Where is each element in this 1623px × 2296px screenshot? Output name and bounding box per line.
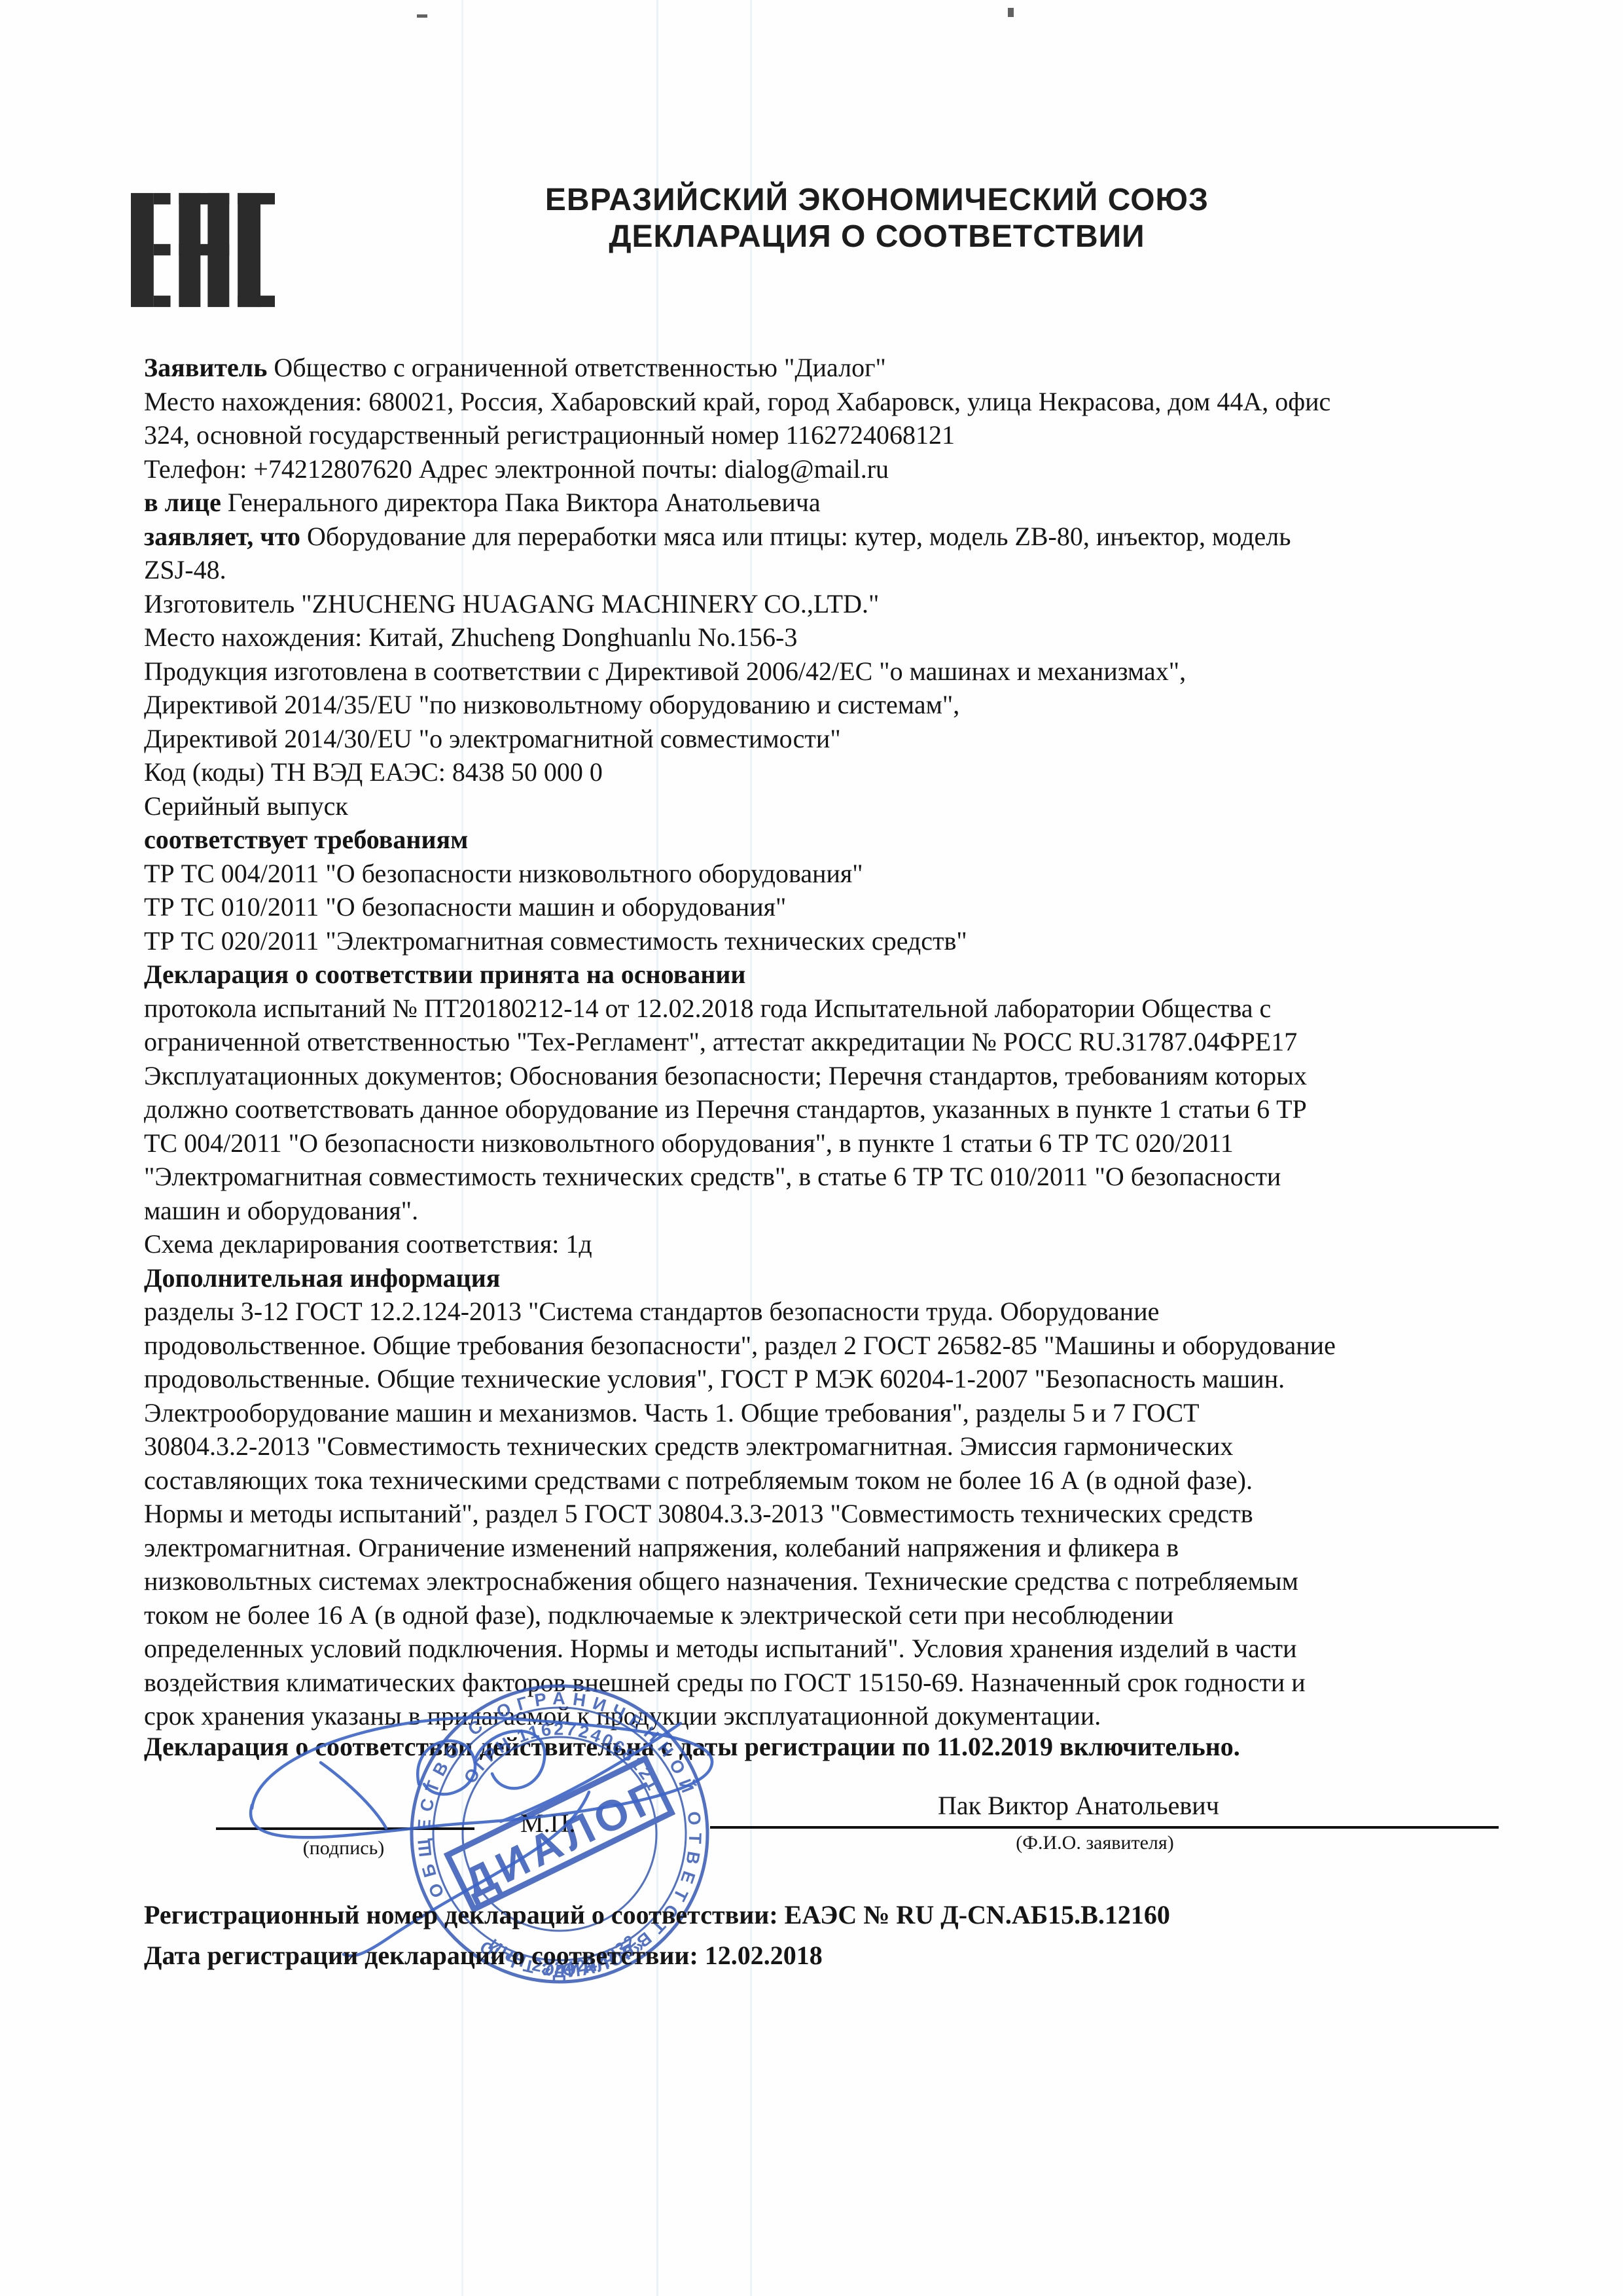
document-text-line: низковольтных системах электроснабжения …	[144, 1564, 1512, 1598]
document-text-line: током не более 16 А (в одной фазе), подк…	[144, 1598, 1512, 1632]
handwritten-signature	[223, 1700, 798, 1975]
declaration-body: Заявитель Общество с ограниченной ответс…	[144, 351, 1512, 1733]
document-text-line: ZSJ-48.	[144, 553, 1512, 587]
document-text-line: Заявитель Общество с ограниченной ответс…	[144, 351, 1512, 385]
document-title: ЕВРАЗИЙСКИЙ ЭКОНОМИЧЕСКИЙ СОЮЗ ДЕКЛАРАЦИ…	[275, 182, 1479, 255]
document-text-line: Место нахождения: Китай, Zhucheng Donghu…	[144, 620, 1512, 655]
document-text-line: протокола испытаний № ПТ20180212-14 от 1…	[144, 992, 1512, 1026]
registration-number-line: Регистрационный номер деклараций о соотв…	[144, 1899, 1170, 1930]
document-text-line: Директивой 2014/30/EU "о электромагнитно…	[144, 722, 1512, 756]
title-line-union: ЕВРАЗИЙСКИЙ ЭКОНОМИЧЕСКИЙ СОЮЗ	[275, 182, 1479, 219]
registration-date-line: Дата регистрации декларации о соответств…	[144, 1940, 823, 1971]
document-text-line: должно соответствовать данное оборудован…	[144, 1092, 1512, 1126]
document-text-line: разделы 3-12 ГОСТ 12.2.124-2013 "Система…	[144, 1295, 1512, 1329]
scan-speck	[1008, 8, 1014, 17]
document-text-line: 324, основной государственный регистраци…	[144, 418, 1512, 452]
document-text-line: продовольственные. Общие технические усл…	[144, 1362, 1512, 1396]
document-text-line: Место нахождения: 680021, Россия, Хабаро…	[144, 385, 1512, 419]
document-text-line: машин и оборудования".	[144, 1194, 1512, 1228]
document-text-line: Дополнительная информация	[144, 1261, 1512, 1295]
eac-letters	[131, 193, 275, 307]
document-page: ЕВРАЗИЙСКИЙ ЭКОНОМИЧЕСКИЙ СОЮЗ ДЕКЛАРАЦИ…	[0, 0, 1623, 2296]
document-text-line: Изготовитель "ZHUCHENG HUAGANG MACHINERY…	[144, 587, 1512, 621]
document-text-line: 30804.3.2-2013 "Совместимость технически…	[144, 1429, 1512, 1463]
document-text-line: продовольственное. Общие требования безо…	[144, 1329, 1512, 1363]
scan-speck	[417, 14, 427, 18]
document-text-line: ограниченной ответственностью "Тех-Регла…	[144, 1025, 1512, 1059]
document-text-line: электромагнитная. Ограничение изменений …	[144, 1531, 1512, 1565]
document-text-line: Продукция изготовлена в соответствии с Д…	[144, 655, 1512, 689]
document-text-line: заявляет, что Оборудование для переработ…	[144, 520, 1512, 554]
applicant-name: Пак Виктор Анатольевич	[938, 1790, 1219, 1821]
document-text-line: Директивой 2014/35/EU "по низковольтному…	[144, 688, 1512, 722]
fio-caption: (Ф.И.О. заявителя)	[997, 1832, 1193, 1854]
document-text-line: Код (коды) ТН ВЭД ЕАЭС: 8438 50 000 0	[144, 755, 1512, 789]
document-text-line: "Электромагнитная совместимость техничес…	[144, 1160, 1512, 1194]
document-text-line: ТР ТС 010/2011 "О безопасности машин и о…	[144, 890, 1512, 924]
document-text-line: определенных условий подключения. Нормы …	[144, 1632, 1512, 1666]
eac-logo	[131, 188, 275, 312]
document-text-line: Электрооборудование машин и механизмов. …	[144, 1396, 1512, 1430]
document-text-line: ТС 004/2011 "О безопасности низковольтно…	[144, 1126, 1512, 1160]
signature-line-right	[710, 1826, 1499, 1829]
document-text-line: составляющих тока техническими средствам…	[144, 1463, 1512, 1498]
document-text-line: ТР ТС 004/2011 "О безопасности низковоль…	[144, 857, 1512, 891]
document-text-line: Декларация о соответствии принята на осн…	[144, 958, 1512, 992]
document-text-line: Телефон: +74212807620 Адрес электронной …	[144, 452, 1512, 486]
document-text-line: соответствует требованиям	[144, 823, 1512, 857]
document-text-line: воздействия климатических факторов внешн…	[144, 1666, 1512, 1700]
document-text-line: Нормы и методы испытаний", раздел 5 ГОСТ…	[144, 1497, 1512, 1531]
document-text-line: ТР ТС 020/2011 "Электромагнитная совмест…	[144, 924, 1512, 958]
document-text-line: Эксплуатационных документов; Обоснования…	[144, 1059, 1512, 1093]
document-text-line: в лице Генерального директора Пака Викто…	[144, 486, 1512, 520]
title-line-declaration: ДЕКЛАРАЦИЯ О СООТВЕТСТВИИ	[275, 219, 1479, 255]
document-text-line: Серийный выпуск	[144, 789, 1512, 823]
document-text-line: Схема декларирования соответствия: 1д	[144, 1227, 1512, 1261]
